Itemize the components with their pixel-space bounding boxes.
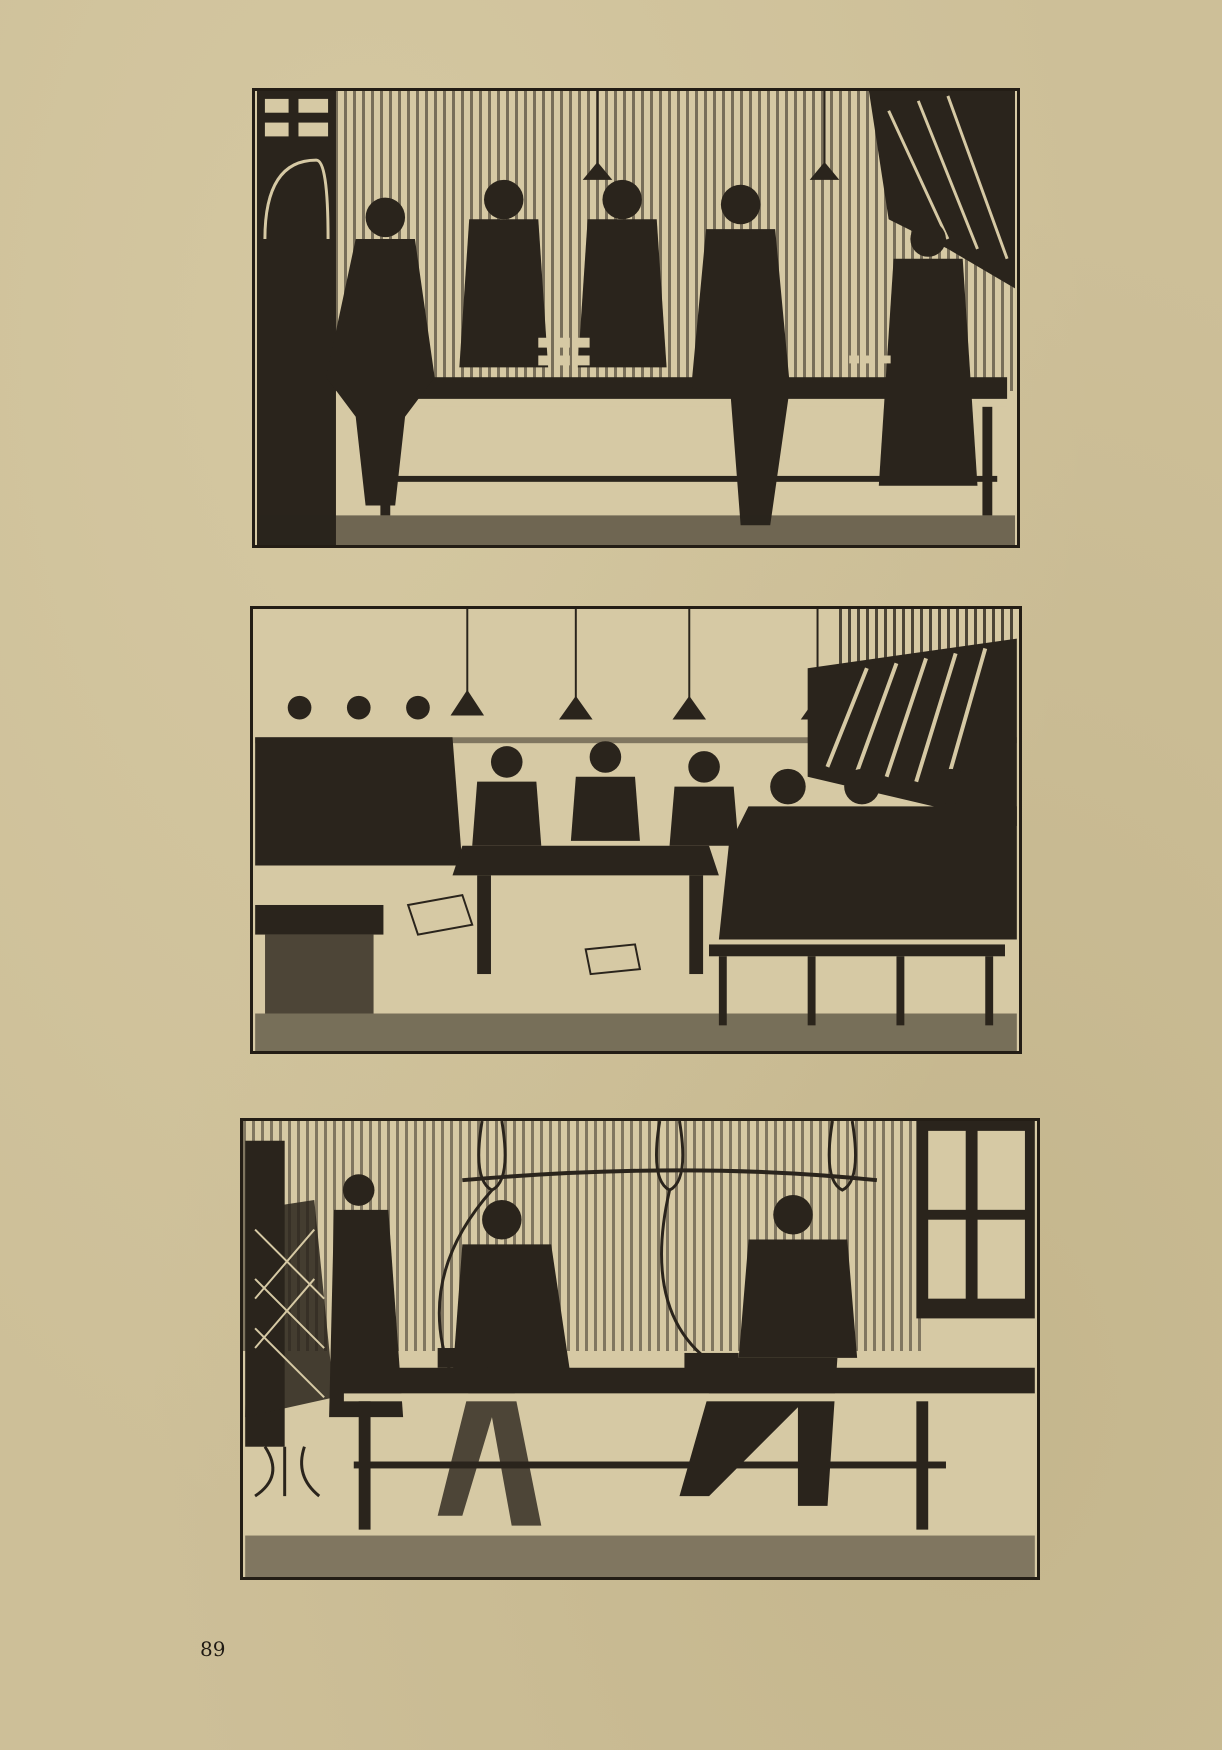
illustration-pressing-room [240,1118,1040,1580]
illustration-sewing-workshop [250,606,1022,1054]
woodcut-scene-3 [243,1121,1037,1577]
page-number: 89 [200,1637,225,1661]
woodcut-scene-2 [253,609,1019,1051]
woodcut-scene-1 [255,91,1017,545]
illustration-cutting-room [252,88,1020,548]
